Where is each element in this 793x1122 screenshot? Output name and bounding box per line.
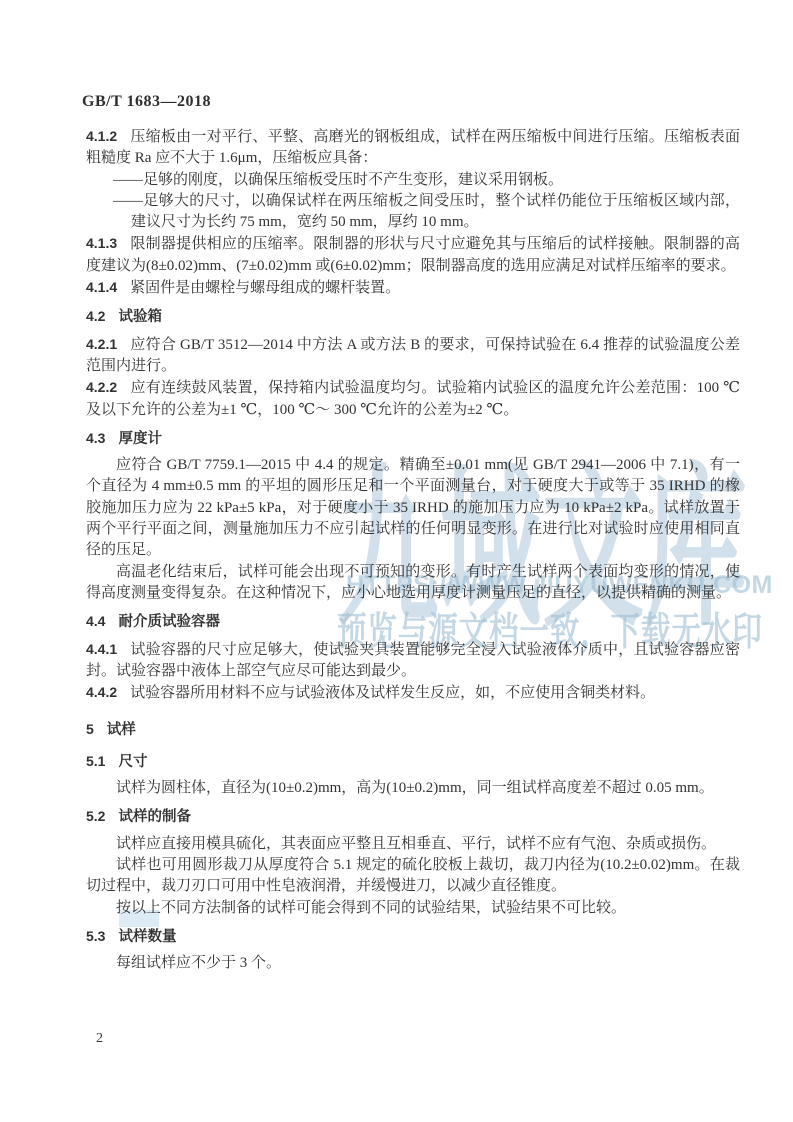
paragraph: 按以上不同方法制备的试样可能会得到不同的试验结果，试验结果不可比较。	[86, 898, 740, 919]
clause-text: 试样也可用圆形裁刀从厚度符合 5.1 规定的硫化胶板上裁切，裁刀内径为(10.2…	[86, 857, 740, 894]
clause-paragraph: 4.1.4紧固件是由螺栓与螺母组成的螺杆装置。	[86, 277, 740, 299]
clause-number: 4.4.2	[86, 684, 117, 700]
clause-paragraph: 4.2.1应符合 GB/T 3512—2014 中方法 A 或方法 B 的要求，…	[86, 334, 740, 378]
section-heading: 5.2试样的制备	[86, 806, 740, 828]
clause-number: 5.3	[86, 928, 105, 944]
clause-text: 试样	[107, 722, 136, 738]
clause-paragraph: 4.4.1试验容器的尺寸应足够大，使试验夹具装置能够完全浸入试验液体介质中，且试…	[86, 639, 740, 683]
clause-number: 4.2.2	[86, 379, 117, 395]
clause-text: 应有连续鼓风装置，保持箱内试验温度均匀。试验箱内试验区的温度允许公差范围：100…	[86, 380, 740, 417]
clause-text: 高温老化结束后，试样可能会出现不可预知的变形。有时产生试样两个表面均变形的情况，…	[86, 564, 740, 601]
clause-text: 试验容器所用材料不应与试验液体及试样发生反应，如，不应使用含铜类材料。	[130, 685, 655, 701]
clause-text: 耐介质试验容器	[118, 614, 220, 630]
clause-text: ——足够的刚度，以确保压缩板受压时不产生变形，建议采用钢板。	[113, 172, 563, 188]
clause-text: 应符合 GB/T 3512—2014 中方法 A 或方法 B 的要求，可保持试验…	[86, 337, 740, 374]
clause-text: 每组试样应不少于 3 个。	[116, 955, 281, 971]
content-blocks: 4.1.2压缩板由一对平行、平整、高磨光的钢板组成，试样在两压缩板中间进行压缩。…	[86, 126, 740, 974]
clause-paragraph: 4.4.2试验容器所用材料不应与试验液体及试样发生反应，如，不应使用含铜类材料。	[86, 682, 740, 704]
paragraph: 应符合 GB/T 7759.1—2015 中 4.4 的规定。精确至±0.01 …	[86, 455, 740, 561]
clause-text: 厚度计	[118, 431, 162, 447]
clause-text: 应符合 GB/T 7759.1—2015 中 4.4 的规定。精确至±0.01 …	[86, 457, 740, 558]
clause-number: 4.3	[86, 430, 105, 446]
clause-number: 4.2.1	[86, 336, 117, 352]
paragraph: 试样为圆柱体，直径为(10±0.2)mm，高为(10±0.2)mm，同一组试样高…	[86, 778, 740, 799]
section-heading: 5.3试样数量	[86, 926, 740, 948]
clause-number: 5	[86, 721, 94, 737]
clause-paragraph: 4.2.2应有连续鼓风装置，保持箱内试验温度均匀。试验箱内试验区的温度允许公差范…	[86, 377, 740, 421]
paragraph: 试样应直接用模具硫化，其表面应平整且互相垂直、平行，试样不应有气泡、杂质或损伤。	[86, 834, 740, 855]
clause-text: ——足够大的尺寸，以确保试样在两压缩板之间受压时，整个试样仍能位于压缩板区域内部…	[113, 193, 740, 230]
paragraph: 高温老化结束后，试样可能会出现不可预知的变形。有时产生试样两个表面均变形的情况，…	[86, 562, 740, 605]
clause-paragraph: 4.1.3限制器提供相应的压缩率。限制器的形状与尺寸应避免其与压缩后的试样接触。…	[86, 233, 740, 277]
clause-text: 试验箱	[118, 309, 162, 325]
clause-text: 紧固件是由螺栓与螺母组成的螺杆装置。	[130, 280, 400, 296]
clause-text: 试样的制备	[118, 809, 191, 825]
clause-number: 4.1.3	[86, 235, 117, 251]
clause-number: 4.4.1	[86, 641, 117, 657]
chapter-heading: 5试样	[86, 719, 740, 741]
clause-text: 按以上不同方法制备的试样可能会得到不同的试验结果，试验结果不可比较。	[116, 900, 626, 916]
clause-text: 压缩板由一对平行、平整、高磨光的钢板组成，试样在两压缩板中间进行压缩。压缩板表面…	[86, 129, 740, 166]
clause-number: 4.2	[86, 308, 105, 324]
section-heading: 4.3厚度计	[86, 428, 740, 450]
dash-list-item: ——足够的刚度，以确保压缩板受压时不产生变形，建议采用钢板。	[86, 170, 740, 191]
section-heading: 4.4耐介质试验容器	[86, 611, 740, 633]
clause-text: 试样应直接用模具硫化，其表面应平整且互相垂直、平行，试样不应有气泡、杂质或损伤。	[116, 836, 716, 852]
clause-text: 尺寸	[118, 754, 147, 770]
clause-number: 5.2	[86, 808, 105, 824]
clause-paragraph: 4.1.2压缩板由一对平行、平整、高磨光的钢板组成，试样在两压缩板中间进行压缩。…	[86, 126, 740, 170]
document-page: 九域文库 HTTPS://WWW.JIUYUWENKU.COM 预览与源文档一致…	[0, 0, 793, 1122]
standard-code-header: GB/T 1683—2018	[82, 93, 211, 111]
clause-number: 4.1.4	[86, 279, 117, 295]
dash-list-item: ——足够大的尺寸，以确保试样在两压缩板之间受压时，整个试样仍能位于压缩板区域内部…	[86, 191, 740, 234]
clause-number: 5.1	[86, 753, 105, 769]
clause-text: 试样为圆柱体，直径为(10±0.2)mm，高为(10±0.2)mm，同一组试样高…	[116, 780, 714, 796]
clause-text: 限制器提供相应的压缩率。限制器的形状与尺寸应避免其与压缩后的试样接触。限制器的高…	[86, 236, 740, 273]
section-heading: 5.1尺寸	[86, 751, 740, 773]
clause-number: 4.1.2	[86, 128, 117, 144]
clause-text: 试样数量	[118, 929, 176, 945]
page-number: 2	[96, 1031, 103, 1047]
clause-text: 试验容器的尺寸应足够大，使试验夹具装置能够完全浸入试验液体介质中，且试验容器应密…	[86, 642, 740, 679]
section-heading: 4.2试验箱	[86, 306, 740, 328]
paragraph: 每组试样应不少于 3 个。	[86, 953, 740, 974]
paragraph: 试样也可用圆形裁刀从厚度符合 5.1 规定的硫化胶板上裁切，裁刀内径为(10.2…	[86, 855, 740, 898]
clause-number: 4.4	[86, 613, 105, 629]
